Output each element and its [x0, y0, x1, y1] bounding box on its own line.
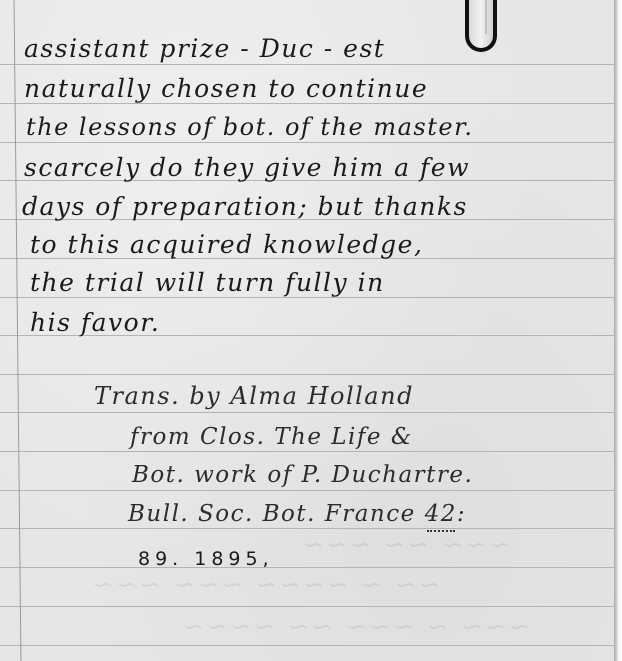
ruled-line [0, 528, 614, 529]
citation-line: Bull. Soc. Bot. France 42: [128, 503, 466, 526]
body-line: scarcely do they give him a few [24, 155, 470, 180]
ruled-line [0, 645, 614, 646]
body-line: the lessons of bot. of the master. [26, 115, 474, 139]
citation-volume: 42 [425, 501, 457, 527]
ruled-line [0, 142, 614, 143]
source-title-line: Bot. work of P. Duchartre. [132, 464, 473, 487]
bleed-through-text: ~~~ ~ ~~~ ~~ ~~~~ [180, 612, 530, 642]
citation-separator: : [457, 501, 466, 527]
ruled-line [0, 606, 614, 607]
ruled-line [0, 567, 614, 568]
bleed-through-text: ~~ ~ ~~~~ ~~~ ~~~ [90, 570, 440, 600]
paper-clip-icon [465, 0, 497, 52]
page-edge [614, 0, 622, 661]
body-line: the trial will turn fully in [30, 270, 385, 295]
ruled-line [0, 297, 614, 298]
ruled-line [0, 490, 614, 491]
notebook-page: ~~ ~ ~~~~ ~~~ ~~~ ~~~ ~ ~~~ ~~ ~~~~ ~~~ … [0, 0, 614, 661]
source-title-line: from Clos. The Life & [130, 426, 413, 449]
body-line: assistant prize - Duc - est [24, 36, 385, 61]
body-line: naturally chosen to continue [24, 76, 428, 101]
ruled-line [0, 374, 614, 375]
translator-credit: Trans. by Alma Holland [94, 384, 414, 408]
ruled-line [0, 103, 614, 104]
body-line: days of preparation; but thanks [22, 194, 468, 219]
bleed-through-text: ~~~ ~~ ~~~ [300, 530, 511, 560]
ruled-line [0, 412, 614, 413]
citation-pages-year: 89. 1895, [138, 550, 274, 569]
citation-journal: Bull. Soc. Bot. France [128, 501, 416, 527]
body-line: to this acquired knowledge, [30, 232, 423, 257]
body-line: his favor. [30, 310, 160, 335]
margin-line [14, 0, 22, 661]
ruled-line [0, 64, 614, 65]
ruled-line [0, 451, 614, 452]
